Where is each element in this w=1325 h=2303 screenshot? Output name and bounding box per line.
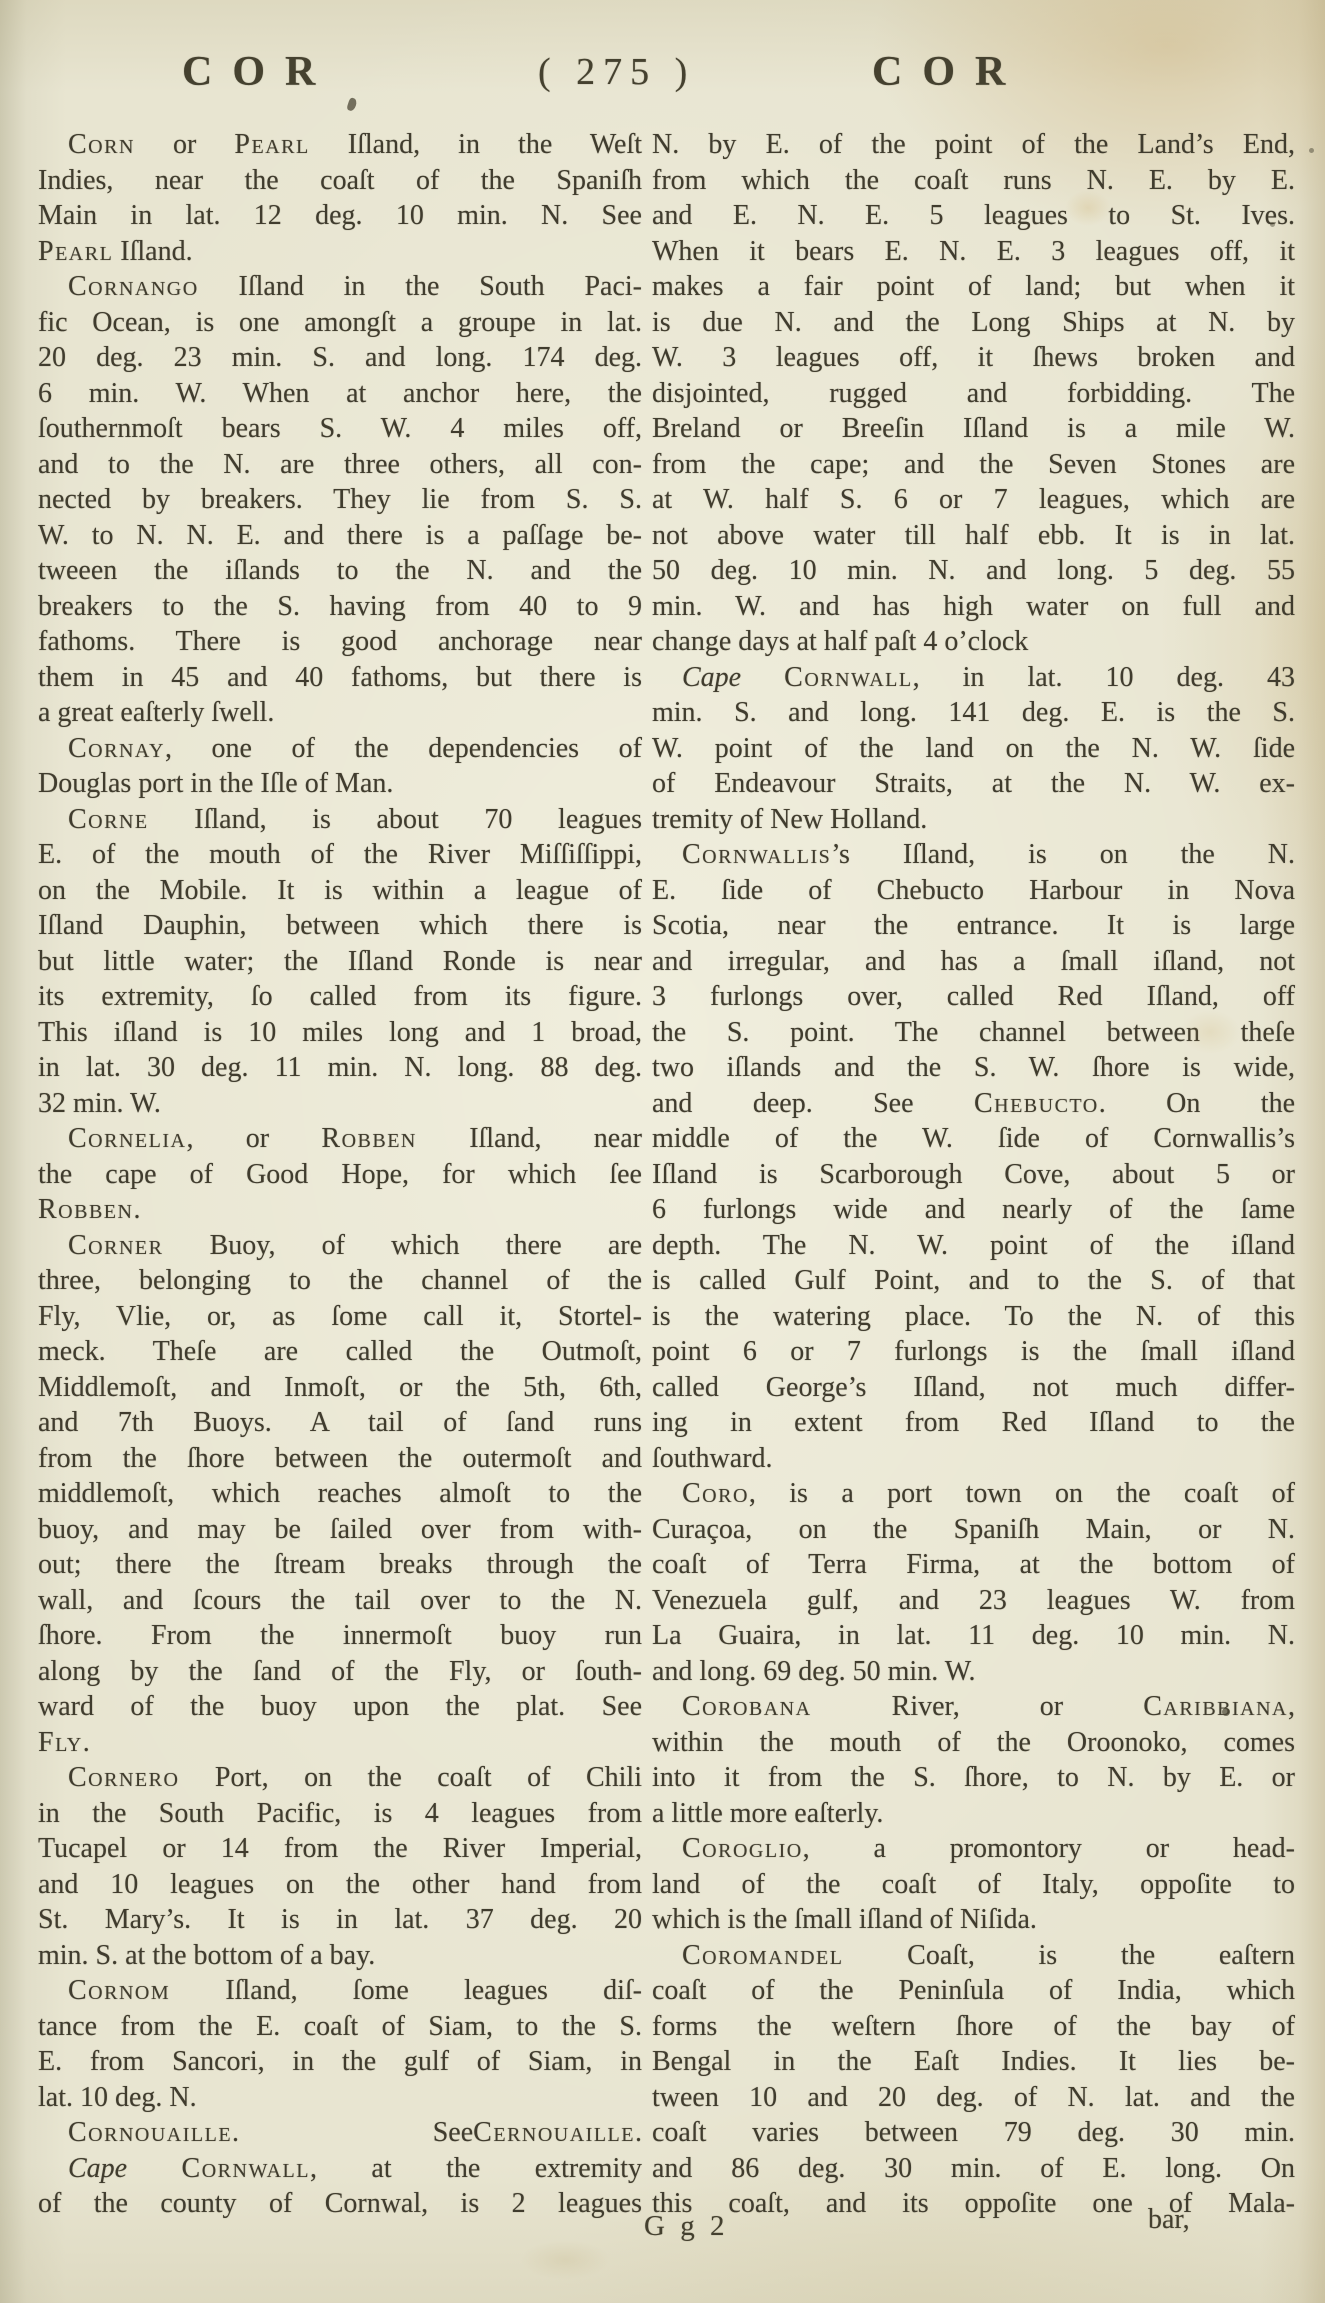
text-line: into it from the S. ſhore, to N. by E. o…: [652, 1760, 1295, 1796]
text-line: Iſland Dauphin, between which there is: [38, 908, 642, 944]
text-line: Pearl Iſland.: [38, 234, 642, 270]
small-caps-word: Caribbiana: [1143, 1691, 1288, 1722]
text-line: 3 furlongs over, called Red Iſland, off: [652, 979, 1295, 1015]
text-line: which is the ſmall iſland of Niſida.: [652, 1902, 1295, 1938]
catchword: bar,: [1148, 2204, 1190, 2236]
text-line: Corn or Pearl Iſland, in the Weſt: [38, 127, 642, 163]
text-line: Coro, is a port town on the coaſt of: [652, 1476, 1295, 1512]
small-caps-word: Cernouaille: [473, 2117, 635, 2148]
text-line: but little water; the Iſland Ronde is ne…: [38, 944, 642, 980]
text-line: and 86 deg. 30 min. of E. long. On: [652, 2151, 1295, 2187]
italic-word: Cape: [682, 662, 741, 693]
text-line: Fly, Vlie, or, as ſome call it, Stortel-: [38, 1299, 642, 1335]
text-line: of Endeavour Straits, at the N. W. ex-: [652, 766, 1295, 802]
text-line: makes a fair point of land; but when it: [652, 269, 1295, 305]
text-line: ſouthernmoſt bears S. W. 4 miles off,: [38, 411, 642, 447]
text-line: 32 min. W.: [38, 1086, 642, 1122]
text-line: middle of the W. ſide of Cornwallis’s: [652, 1121, 1295, 1157]
small-caps-word: Pearl: [38, 236, 113, 267]
text-line: Indies, near the coaſt of the Spaniſh: [38, 163, 642, 199]
text-line: Cornom Iſland, ſome leagues diſ-: [38, 1973, 642, 2009]
text-line: Middlemoſt, and Inmoſt, or the 5th, 6th,: [38, 1370, 642, 1406]
running-title-left: COR: [182, 48, 335, 96]
text-line: them in 45 and 40 fathoms, but there is: [38, 660, 642, 696]
text-line: from which the coaſt runs N. E. by E.: [652, 163, 1295, 199]
text-line: fathoms. There is good anchorage near: [38, 624, 642, 660]
text-line: in lat. 30 deg. 11 min. N. long. 88 deg.: [38, 1050, 642, 1086]
small-caps-word: Cornouaille: [68, 2117, 232, 2148]
text-line: is due N. and the Long Ships at N. by: [652, 305, 1295, 341]
text-line: ward of the buoy upon the plat. See: [38, 1689, 642, 1725]
text-line: ing in extent from Red Iſland to the: [652, 1405, 1295, 1441]
text-line: its extremity, ſo called from its figure…: [38, 979, 642, 1015]
text-line: within the mouth of the Oroonoko, comes: [652, 1725, 1295, 1761]
text-line: in the South Pacific, is 4 leagues from: [38, 1796, 642, 1832]
text-line: Coroglio, a promontory or head-: [652, 1831, 1295, 1867]
text-line: the S. point. The channel between theſe: [652, 1015, 1295, 1051]
text-line: W. to N. N. E. and there is a paſſage be…: [38, 518, 642, 554]
text-line: and 10 leagues on the other hand from: [38, 1867, 642, 1903]
text-line: three, belonging to the channel of the: [38, 1263, 642, 1299]
text-line: change days at half paſt 4 o’clock: [652, 624, 1295, 660]
book-page: COR ( 275 ) COR Corn or Pearl Iſland, in…: [0, 0, 1325, 2303]
text-line: min. S. and long. 141 deg. E. is the S.: [652, 695, 1295, 731]
small-caps-word: Cornwall: [182, 2153, 310, 2184]
text-line: Scotia, near the entrance. It is large: [652, 908, 1295, 944]
text-line: min. S. at the bottom of a bay.: [38, 1938, 642, 1974]
text-line: and to the N. are three others, all con-: [38, 447, 642, 483]
text-line: wall, and ſcours the tail over to the N.: [38, 1583, 642, 1619]
text-line: is called Gulf Point, and to the S. of t…: [652, 1263, 1295, 1299]
text-line: not above water till half ebb. It is in …: [652, 518, 1295, 554]
text-line: meck. Theſe are called the Outmoſt,: [38, 1334, 642, 1370]
text-line: Robben.: [38, 1192, 642, 1228]
text-line: two iſlands and the S. W. ſhore is wide,: [652, 1050, 1295, 1086]
small-caps-word: Cornay: [68, 733, 165, 764]
ink-speck: [1222, 1708, 1230, 1716]
text-line: E. ſide of Chebucto Harbour in Nova: [652, 873, 1295, 909]
text-line: Cornay, one of the dependencies of: [38, 731, 642, 767]
text-line: and E. N. E. 5 leagues to St. Ives.: [652, 198, 1295, 234]
text-line: from the ſhore between the outermoſt and: [38, 1441, 642, 1477]
text-line: nected by breakers. They lie from S. S.: [38, 482, 642, 518]
text-line: ſhore. From the innermoſt buoy run: [38, 1618, 642, 1654]
text-line: buoy, and may be ſailed over from with-: [38, 1512, 642, 1548]
paper-stain: [520, 2240, 610, 2280]
text-line: Cape Cornwall, in lat. 10 deg. 43: [652, 660, 1295, 696]
small-caps-word: Corne: [68, 804, 149, 835]
text-line: Douglas port in the Iſle of Man.: [38, 766, 642, 802]
text-line: Tucapel or 14 from the River Imperial,: [38, 1831, 642, 1867]
small-caps-word: Corn: [68, 129, 135, 160]
text-line: This iſland is 10 miles long and 1 broad…: [38, 1015, 642, 1051]
column-right: N. by E. of the point of the Land’s End,…: [652, 127, 1295, 2222]
small-caps-word: Cornwall: [784, 662, 912, 693]
ink-speck: [1270, 222, 1275, 227]
text-line: Cornelia, or Robben Iſland, near: [38, 1121, 642, 1157]
text-line: Corne Iſland, is about 70 leagues: [38, 802, 642, 838]
text-line: is the watering place. To the N. of this: [652, 1299, 1295, 1335]
text-line: 6 furlongs wide and nearly of the ſame: [652, 1192, 1295, 1228]
small-caps-word: Cornelia: [68, 1123, 186, 1154]
text-line: 20 deg. 23 min. S. and long. 174 deg.: [38, 340, 642, 376]
italic-word: Cape: [68, 2153, 127, 2184]
text-line: and 7th Buoys. A tail of ſand runs: [38, 1405, 642, 1441]
text-line: a great eaſterly ſwell.: [38, 695, 642, 731]
text-line: Venezuela gulf, and 23 leagues W. from: [652, 1583, 1295, 1619]
text-line: W. point of the land on the N. W. ſide: [652, 731, 1295, 767]
small-caps-word: Cornero: [68, 1762, 179, 1793]
text-line: out; there the ſtream breaks through the: [38, 1547, 642, 1583]
text-line: tweeen the iſlands to the N. and the: [38, 553, 642, 589]
column-left: Corn or Pearl Iſland, in the WeſtIndies,…: [38, 127, 642, 2222]
small-caps-word: Corobana: [682, 1691, 812, 1722]
signature-mark: G g 2: [644, 2210, 728, 2243]
small-caps-word: Cornom: [68, 1975, 170, 2006]
small-caps-word: Robben: [321, 1123, 416, 1154]
text-line: When it bears E. N. E. 3 leagues off, it: [652, 234, 1295, 270]
text-line: forms the weſtern ſhore of the bay of: [652, 2009, 1295, 2045]
text-line: Breland or Breeſin Iſland is a mile W.: [652, 411, 1295, 447]
small-caps-word: Coro: [682, 1478, 749, 1509]
text-line: 50 deg. 10 min. N. and long. 5 deg. 55: [652, 553, 1295, 589]
text-line: along by the ſand of the Fly, or ſouth-: [38, 1654, 642, 1690]
text-line: min. W. and has high water on full and: [652, 589, 1295, 625]
text-line: tremity of New Holland.: [652, 802, 1295, 838]
ink-speck: [1309, 148, 1314, 153]
text-line: and deep. See Chebucto. On the: [652, 1086, 1295, 1122]
text-line: Cape Cornwall, at the extremity: [38, 2151, 642, 2187]
text-line: Curaçoa, on the Spaniſh Main, or N.: [652, 1512, 1295, 1548]
text-line: E. of the mouth of the River Miſſiſſippi…: [38, 837, 642, 873]
text-line: lat. 10 deg. N.: [38, 2080, 642, 2116]
small-caps-word: Pearl: [234, 129, 309, 160]
text-line: Iſland is Scarborough Cove, about 5 or: [652, 1157, 1295, 1193]
running-head: COR ( 275 ) COR: [0, 48, 1325, 118]
text-line: point 6 or 7 furlongs is the ſmall iſlan…: [652, 1334, 1295, 1370]
text-line: land of the coaſt of Italy, oppoſite to: [652, 1867, 1295, 1903]
text-line: tween 10 and 20 deg. of N. lat. and the: [652, 2080, 1295, 2116]
text-line: this coaſt, and its oppoſite one of Mala…: [652, 2186, 1295, 2222]
text-line: ſouthward.: [652, 1441, 1295, 1477]
small-caps-word: Robben: [38, 1194, 133, 1225]
small-caps-word: Cornwallis: [682, 839, 831, 870]
small-caps-word: Cornango: [68, 271, 199, 302]
small-caps-word: Fly: [38, 1727, 83, 1758]
small-caps-word: Chebucto: [974, 1088, 1099, 1119]
text-line: middlemoſt, which reaches almoſt to the: [38, 1476, 642, 1512]
text-line: a little more eaſterly.: [652, 1796, 1295, 1832]
page-number: ( 275 ): [538, 50, 695, 94]
small-caps-word: Coromandel: [682, 1940, 843, 1971]
text-line: W. 3 leagues off, it ſhews broken and: [652, 340, 1295, 376]
text-line: at W. half S. 6 or 7 leagues, which are: [652, 482, 1295, 518]
text-line: N. by E. of the point of the Land’s End,: [652, 127, 1295, 163]
text-line: Corobana River, or Caribbiana,: [652, 1689, 1295, 1725]
text-line: depth. The N. W. point of the iſland: [652, 1228, 1295, 1264]
text-line: Cornwallis’s Iſland, is on the N.: [652, 837, 1295, 873]
text-line: coaſt of the Peninſula of India, which: [652, 1973, 1295, 2009]
text-line: Fly.: [38, 1725, 642, 1761]
text-line: coaſt varies between 79 deg. 30 min.: [652, 2115, 1295, 2151]
text-line: Bengal in the Eaſt Indies. It lies be-: [652, 2044, 1295, 2080]
text-line: from the cape; and the Seven Stones are: [652, 447, 1295, 483]
text-line: La Guaira, in lat. 11 deg. 10 min. N.: [652, 1618, 1295, 1654]
text-line: the cape of Good Hope, for which ſee: [38, 1157, 642, 1193]
text-line: on the Mobile. It is within a league of: [38, 873, 642, 909]
running-title-right: COR: [872, 48, 1025, 96]
text-line: tance from the E. coaſt of Siam, to the …: [38, 2009, 642, 2045]
text-line: called George’s Iſland, not much differ-: [652, 1370, 1295, 1406]
text-line: Corner Buoy, of which there are: [38, 1228, 642, 1264]
text-line: 6 min. W. When at anchor here, the: [38, 376, 642, 412]
small-caps-word: Corner: [68, 1230, 163, 1261]
text-line: coaſt of Terra Firma, at the bottom of: [652, 1547, 1295, 1583]
text-line: Coromandel Coaſt, is the eaſtern: [652, 1938, 1295, 1974]
text-line: Main in lat. 12 deg. 10 min. N. See: [38, 198, 642, 234]
text-line: St. Mary’s. It is in lat. 37 deg. 20: [38, 1902, 642, 1938]
text-line: E. from Sancori, in the gulf of Siam, in: [38, 2044, 642, 2080]
text-line: Cornango Iſland in the South Paci-: [38, 269, 642, 305]
small-caps-word: Coroglio: [682, 1833, 803, 1864]
text-line: of the county of Cornwal, is 2 leagues: [38, 2186, 642, 2222]
text-line: breakers to the S. having from 40 to 9: [38, 589, 642, 625]
text-line: Cornero Port, on the coaſt of Chili: [38, 1760, 642, 1796]
text-line: Cornouaille. SeeCernouaille.: [38, 2115, 642, 2151]
text-line: and long. 69 deg. 50 min. W.: [652, 1654, 1295, 1690]
text-line: fic Ocean, is one amongſt a groupe in la…: [38, 305, 642, 341]
text-line: disjointed, rugged and forbidding. The: [652, 376, 1295, 412]
text-line: and irregular, and has a ſmall iſland, n…: [652, 944, 1295, 980]
